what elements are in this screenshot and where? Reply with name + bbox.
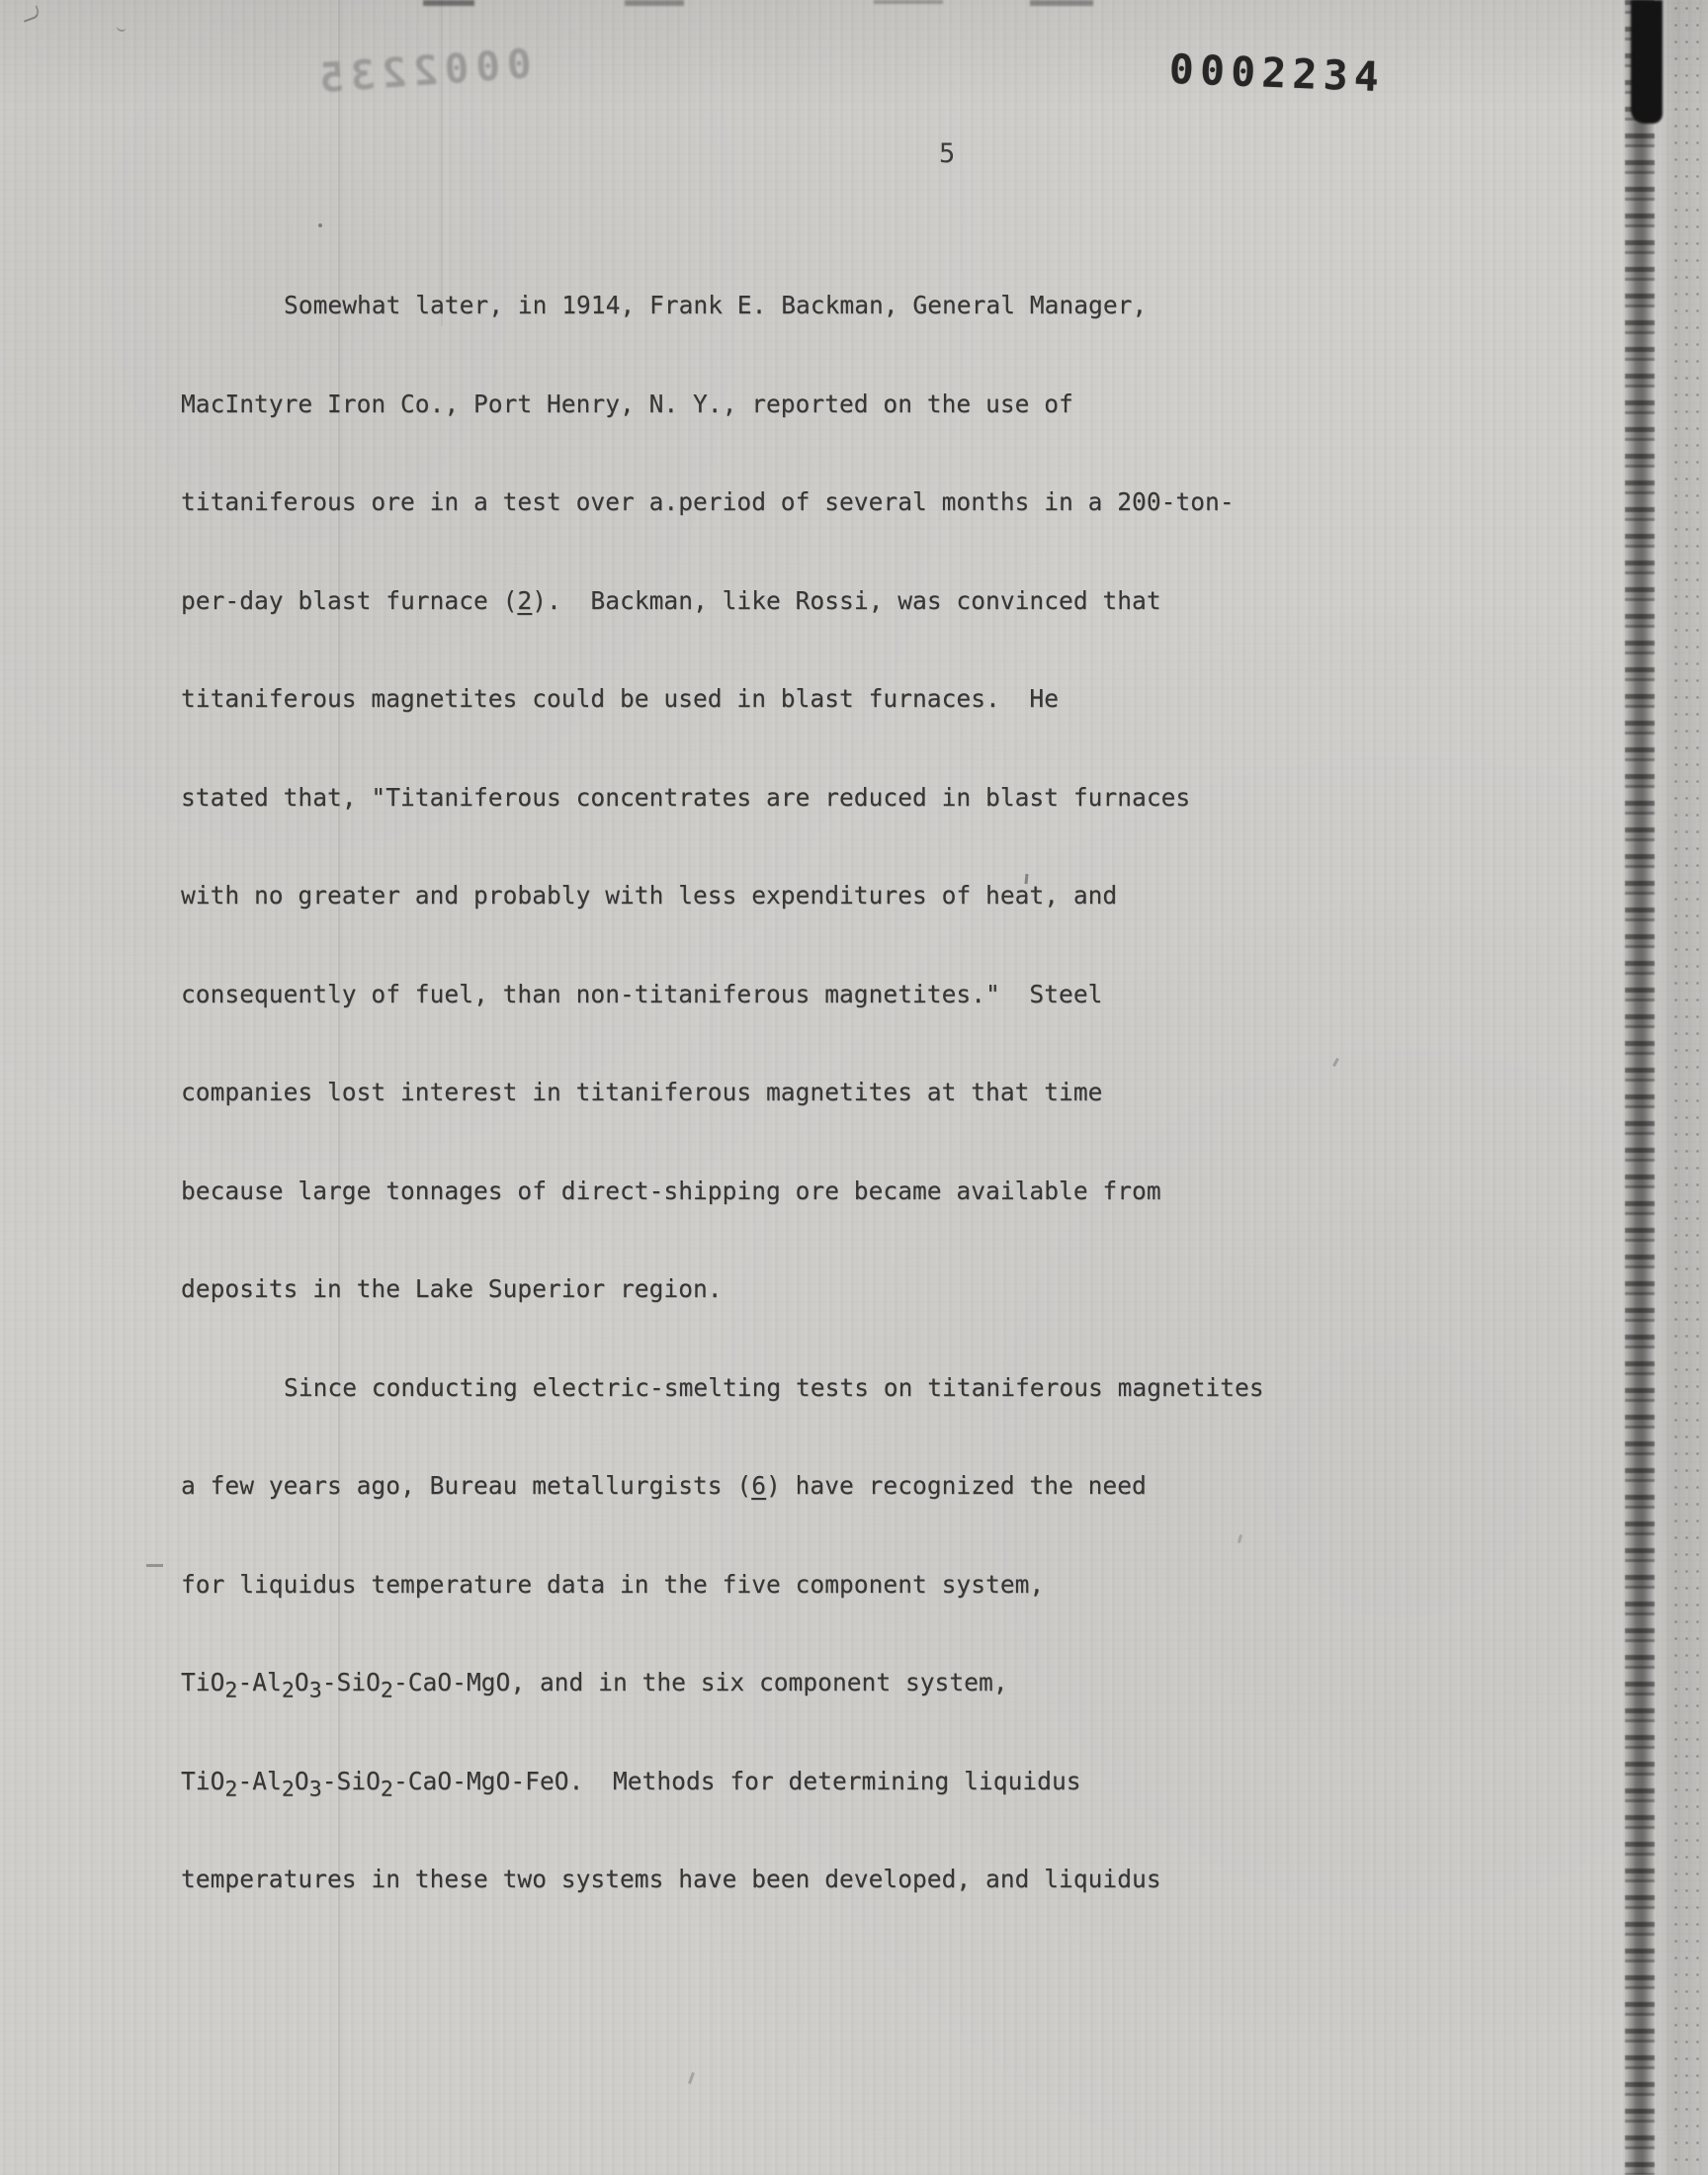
- reference-number: 6: [751, 1471, 766, 1500]
- text-line: because large tonnages of direct-shippin…: [181, 1175, 1264, 1274]
- text-line: Somewhat later, in 1914, Frank E. Backma…: [181, 290, 1264, 389]
- scan-top-edge-mark: [1030, 0, 1093, 6]
- page-number: 5: [939, 138, 955, 169]
- chemical-subscript: 2: [381, 1777, 393, 1801]
- chemical-subscript: 2: [381, 1678, 393, 1702]
- text-segment: because large tonnages of direct-shippin…: [181, 1176, 1161, 1205]
- text-line: stated that, "Titaniferous concentrates …: [181, 782, 1264, 881]
- text-line: TiO2-Al2O3-SiO2-CaO-MgO-FeO. Methods for…: [181, 1766, 1264, 1865]
- text-segment: deposits in the Lake Superior region.: [181, 1274, 723, 1303]
- text-segment: Somewhat later, in 1914, Frank E. Backma…: [284, 291, 1147, 319]
- text-segment: O: [295, 1668, 309, 1696]
- text-line: TiO2-Al2O3-SiO2-CaO-MgO, and in the six …: [181, 1667, 1264, 1766]
- text-segment: MacIntyre Iron Co., Port Henry, N. Y., r…: [181, 390, 1073, 418]
- text-line: companies lost interest in titaniferous …: [181, 1077, 1264, 1175]
- text-segment: -CaO-MgO, and in the six component syste…: [393, 1668, 1008, 1696]
- text-segment: stated that, "Titaniferous concentrates …: [181, 783, 1190, 812]
- scanned-document-page: 0002235 0002234 5 Somewhat later, in 191…: [0, 0, 1708, 2175]
- scan-top-edge-mark: [423, 0, 474, 6]
- text-line: consequently of fuel, than non-titanifer…: [181, 979, 1264, 1078]
- text-segment: TiO: [181, 1767, 224, 1795]
- text-line: temperatures in these two systems have b…: [181, 1864, 1264, 1962]
- text-segment: for liquidus temperature data in the fiv…: [181, 1570, 1044, 1599]
- text-line: MacIntyre Iron Co., Port Henry, N. Y., r…: [181, 389, 1264, 487]
- text-line: titaniferous magnetites could be used in…: [181, 683, 1264, 782]
- text-line: titaniferous ore in a test over a.period…: [181, 486, 1264, 585]
- scan-edge-corner-blob: [1631, 0, 1663, 124]
- ink-speck: [318, 223, 322, 227]
- text-segment: -SiO: [322, 1767, 381, 1795]
- text-line: deposits in the Lake Superior region.: [181, 1273, 1264, 1372]
- chemical-subscript: 2: [282, 1777, 295, 1801]
- text-line: Since conducting electric-smelting tests…: [181, 1372, 1264, 1471]
- text-segment: -Al: [237, 1668, 281, 1696]
- text-segment: Since conducting electric-smelting tests…: [284, 1373, 1264, 1402]
- ink-speck: [688, 2072, 695, 2084]
- text-segment: ). Backman, like Rossi, was convinced th…: [532, 586, 1160, 615]
- text-line: per-day blast furnace (2). Backman, like…: [181, 585, 1264, 684]
- document-body: Somewhat later, in 1914, Frank E. Backma…: [181, 290, 1264, 1962]
- text-segment: companies lost interest in titaniferous …: [181, 1078, 1102, 1106]
- bleedthrough-stamp-number: 0002235: [311, 40, 534, 102]
- text-segment: a few years ago, Bureau metallurgists (: [181, 1471, 751, 1500]
- scan-top-edge-mark: [874, 0, 943, 4]
- chemical-subscript: 3: [309, 1678, 322, 1702]
- reference-number: 2: [517, 586, 532, 615]
- text-segment: -Al: [237, 1767, 281, 1795]
- pencil-mark: [20, 5, 41, 22]
- scan-edge-streak: [1625, 0, 1655, 2175]
- text-segment: per-day blast furnace (: [181, 586, 517, 615]
- text-segment: titaniferous ore in a test over a.period…: [181, 487, 1235, 516]
- text-segment: -CaO-MgO-FeO. Methods for determining li…: [393, 1767, 1081, 1795]
- chemical-subscript: 2: [224, 1678, 237, 1702]
- text-segment: ) have recognized the need: [766, 1471, 1147, 1500]
- scan-top-edge-mark: [625, 0, 684, 6]
- text-segment: temperatures in these two systems have b…: [181, 1865, 1161, 1893]
- text-line: for liquidus temperature data in the fiv…: [181, 1569, 1264, 1668]
- ink-speck: [146, 1564, 163, 1567]
- text-segment: with no greater and probably with less e…: [181, 881, 1117, 910]
- chemical-subscript: 2: [224, 1777, 237, 1801]
- pencil-mark: [116, 21, 128, 33]
- serial-number-stamp: 0002234: [1168, 45, 1386, 101]
- text-segment: TiO: [181, 1668, 224, 1696]
- chemical-subscript: 3: [309, 1777, 322, 1801]
- text-segment: consequently of fuel, than non-titanifer…: [181, 980, 1102, 1008]
- text-line: a few years ago, Bureau metallurgists (6…: [181, 1470, 1264, 1569]
- text-line: with no greater and probably with less e…: [181, 880, 1264, 979]
- text-segment: titaniferous magnetites could be used in…: [181, 684, 1059, 713]
- chemical-subscript: 2: [282, 1678, 295, 1702]
- text-segment: O: [295, 1767, 309, 1795]
- text-segment: -SiO: [322, 1668, 381, 1696]
- ink-speck: [1332, 1058, 1339, 1067]
- scan-edge-speckles: [1670, 0, 1700, 2175]
